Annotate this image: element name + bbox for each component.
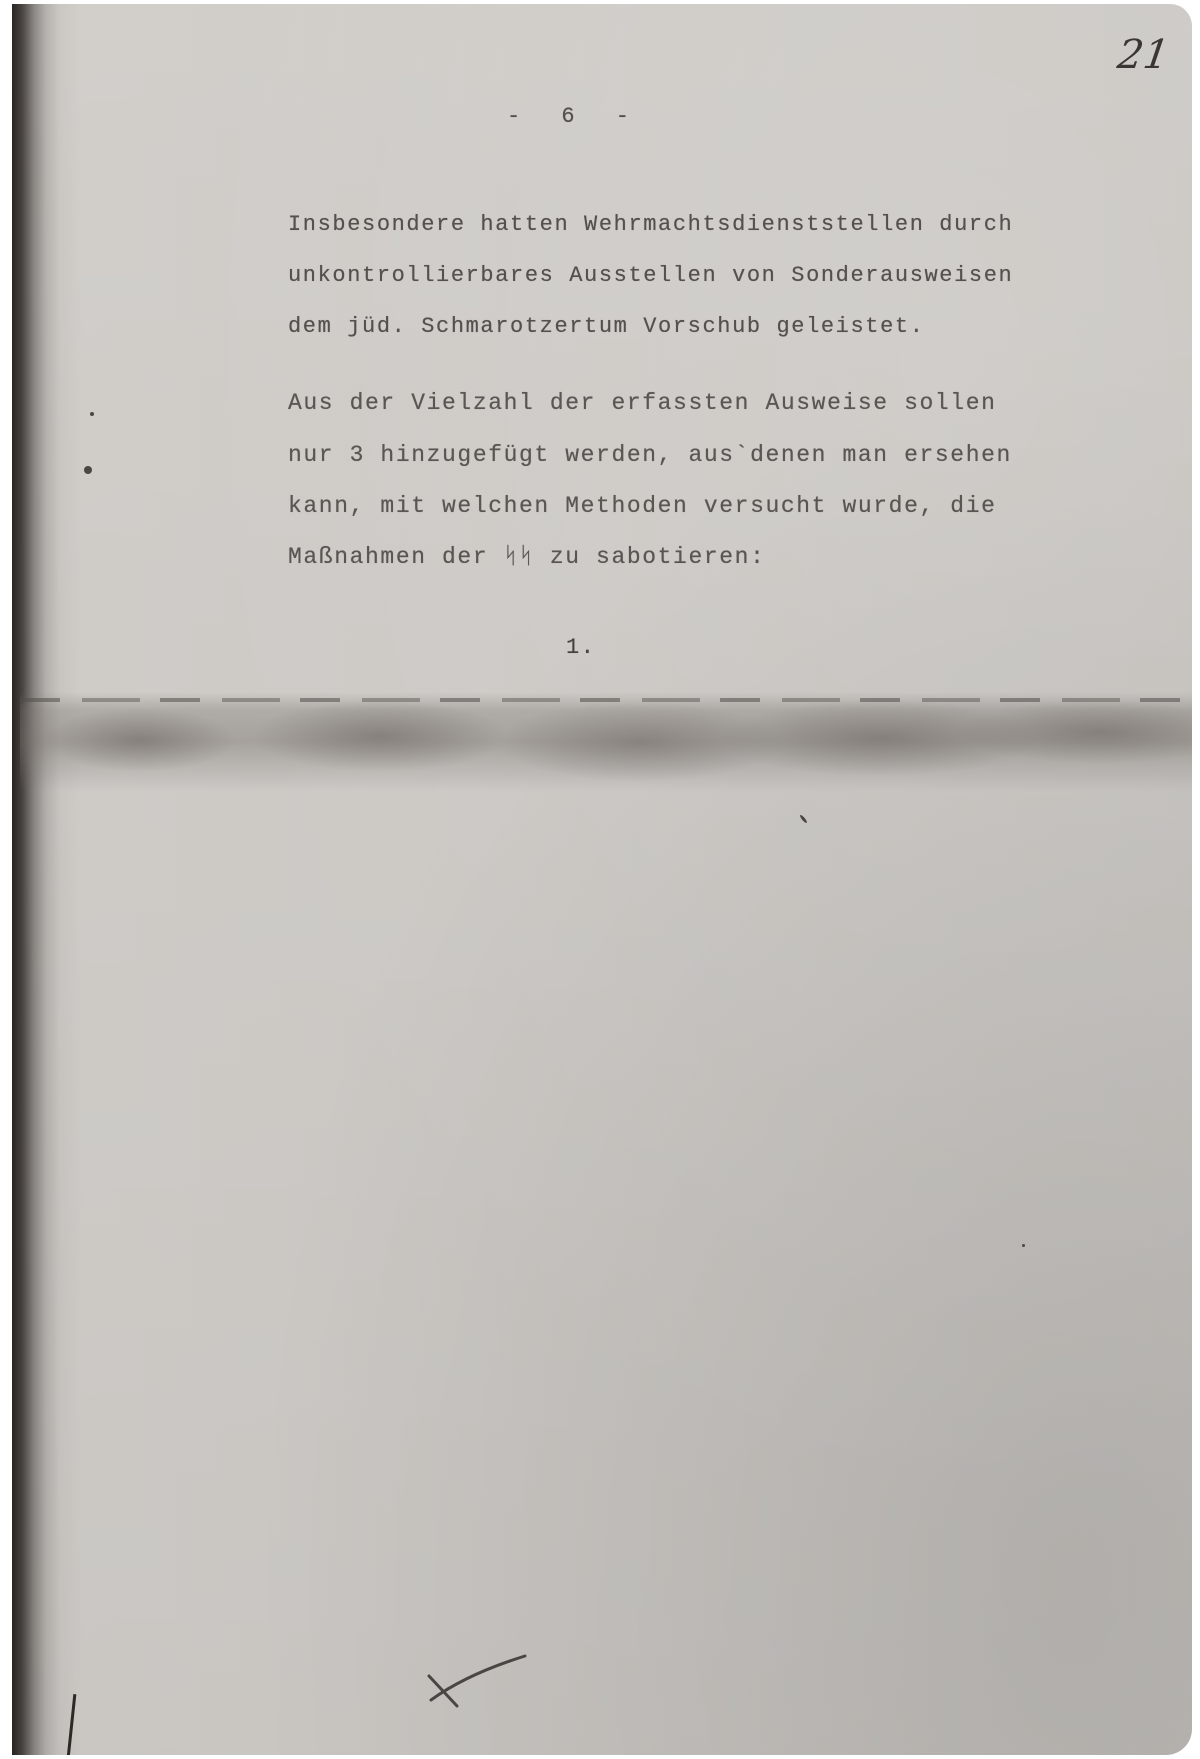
pencil-x-mark-icon [417,1634,537,1714]
speck [84,466,92,474]
list-item-number: 1. [566,635,596,660]
speck [90,412,94,416]
paragraph-2-line: nur 3 hinzugefügt werden, aus`denen man … [288,442,1012,468]
speck [1022,1244,1025,1247]
document-page: 21 - 6 - Insbesondere hatten Wehrmachtsd… [12,4,1192,1755]
paragraph-1-line: Insbesondere hatten Wehrmachtsdienststel… [288,212,1013,237]
page-number: - 6 - [507,104,643,129]
paragraph-2-line: Maßnahmen der ᛋᛋ zu sabotieren: [288,544,765,570]
smudge-band-edge [20,698,1192,702]
paragraph-2-line: Aus der Vielzahl der erfassten Ausweise … [288,390,997,416]
paragraph-1-line: dem jüd. Schmarotzertum Vorschub geleist… [288,314,925,339]
paragraph-2-line: kann, mit welchen Methoden versucht wurd… [288,493,997,519]
handwritten-folio-number: 21 [1115,32,1172,78]
fold-crease [67,1694,77,1755]
paragraph-1-line: unkontrollierbares Ausstellen von Sonder… [288,263,1013,288]
speck [799,814,808,824]
smudge-band [20,692,1192,792]
